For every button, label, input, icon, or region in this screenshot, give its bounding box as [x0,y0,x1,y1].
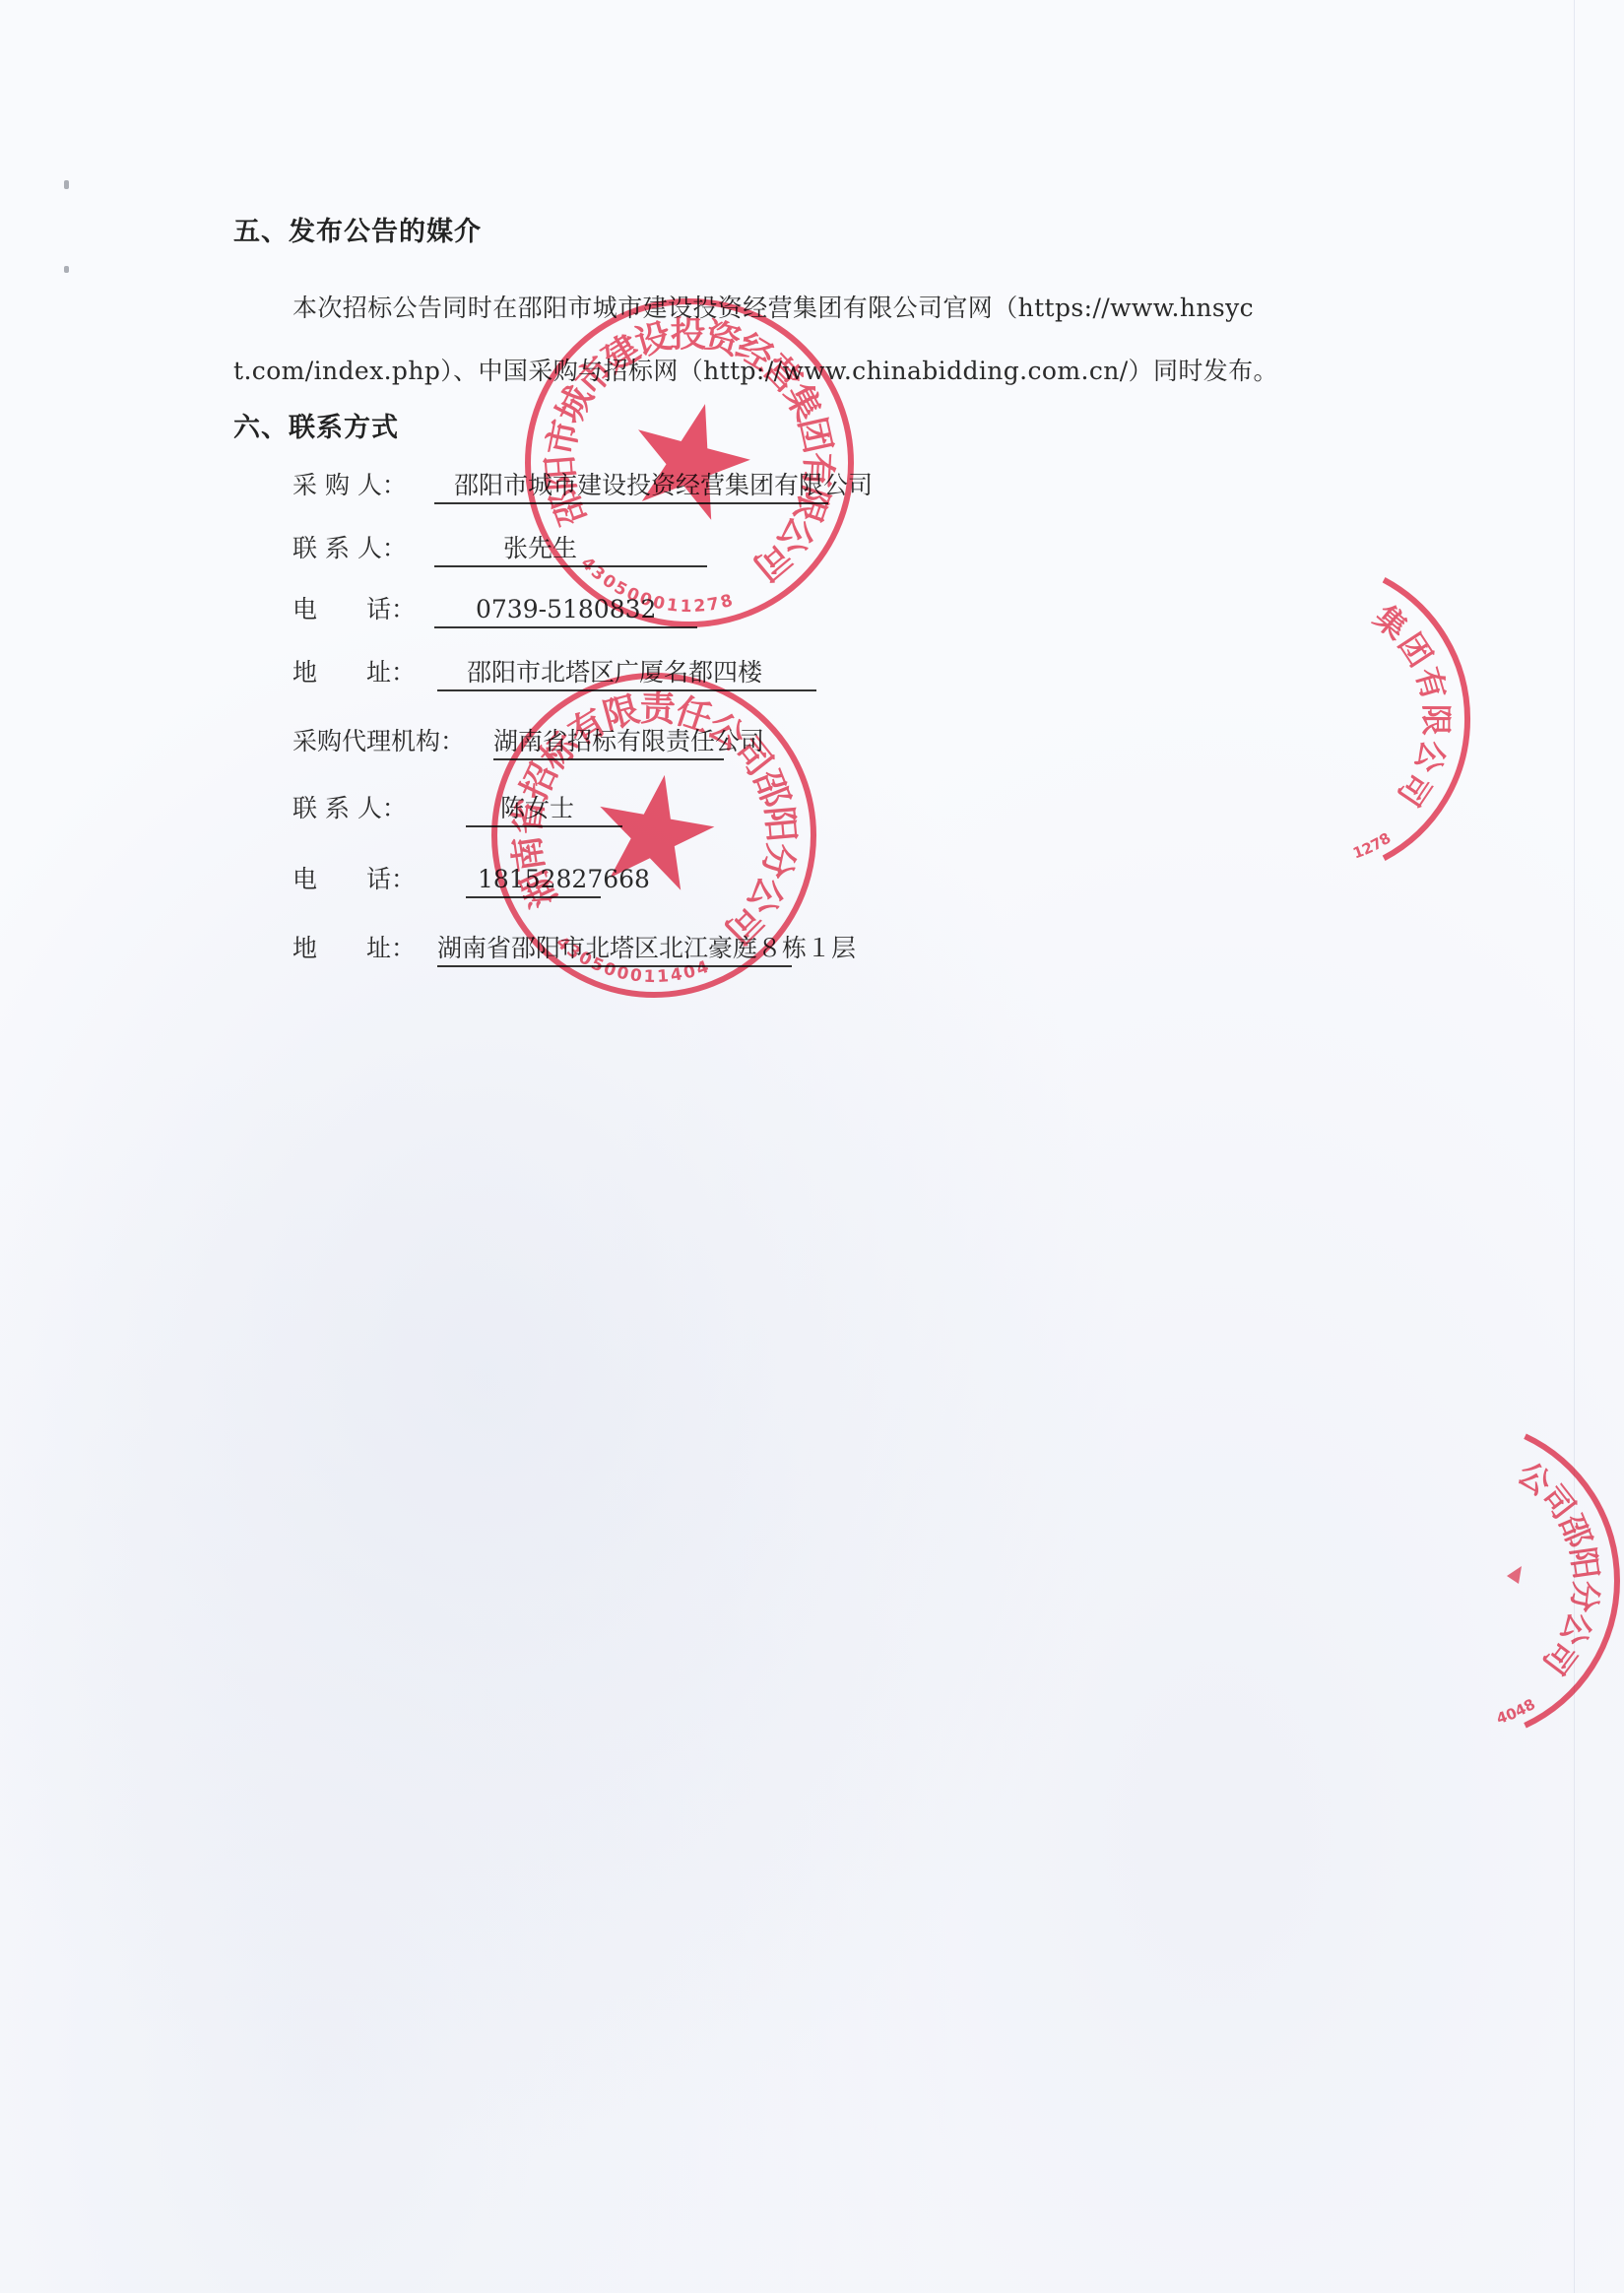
purchaser-contact-row: 联 系 人： 张先生 [292,532,407,565]
section-heading-contact: 六、联系方式 [233,412,399,445]
paragraph-line-2: t.com/index.php）、中国采购与招标网（http://www.chi… [233,356,1278,387]
agency-address-row: 地 址： 湖南省邵阳市北塔区北江豪庭８栋１层 [292,932,416,965]
agency-contact-value: 陈女士 [466,792,622,827]
agency-name-value: 湖南省招标有限责任公司 [493,725,724,760]
agency-address-label: 地 址： [292,932,416,965]
purchaser-name-row: 采 购 人： 邵阳市城市建设投资经营集团有限公司 [292,469,407,502]
purchaser-name-value: 邵阳市城市建设投资经营集团有限公司 [434,469,828,504]
agency-address-value: 湖南省邵阳市北塔区北江豪庭８栋１层 [437,932,792,967]
purchaser-address-label: 地 址： [292,656,416,689]
agency-name-row: 采购代理机构： 湖南省招标有限责任公司 [292,725,465,758]
agency-contact-label: 联 系 人： [292,792,407,825]
scanned-page [0,0,1624,2293]
agency-phone-label: 电 话： [292,863,416,896]
purchaser-phone-label: 电 话： [292,593,416,626]
agency-contact-row: 联 系 人： 陈女士 [292,792,407,825]
page-edge-line [1574,0,1575,2293]
purchaser-name-label: 采 购 人： [292,469,407,502]
agency-name-label: 采购代理机构： [292,725,465,758]
paragraph-line-1: 本次招标公告同时在邵阳市城市建设投资经营集团有限公司官网（https://www… [292,293,1254,324]
agency-phone-row: 电 话： 18152827668 [292,863,416,896]
purchaser-phone-value: 0739-5180832 [434,593,697,628]
scan-artifact-mark [64,266,69,273]
section-heading-media: 五、发布公告的媒介 [233,216,482,249]
agency-phone-value: 18152827668 [466,863,601,898]
purchaser-address-value: 邵阳市北塔区广厦名都四楼 [437,656,816,691]
purchaser-phone-row: 电 话： 0739-5180832 [292,593,416,626]
purchaser-contact-label: 联 系 人： [292,532,407,565]
scan-artifact-mark [64,180,69,189]
purchaser-contact-value: 张先生 [434,532,707,567]
purchaser-address-row: 地 址： 邵阳市北塔区广厦名都四楼 [292,656,416,689]
